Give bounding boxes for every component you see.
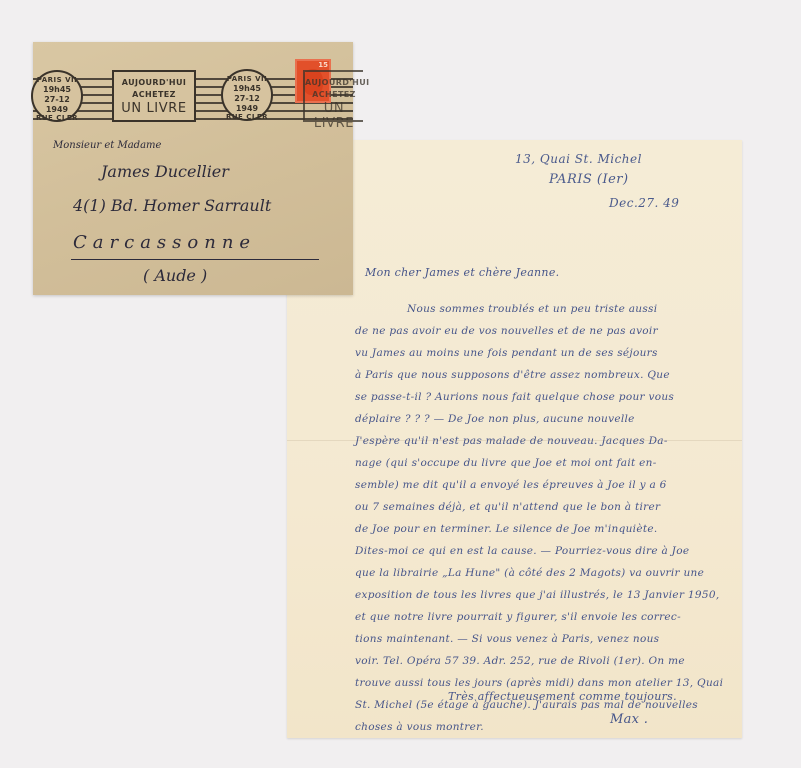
- letter-line: ou 7 semaines déjà, et qu'il n'attend qu…: [355, 501, 660, 513]
- letter-line: J'espère qu'il n'est pas malade de nouve…: [355, 435, 668, 447]
- postmark-time: 19h45: [223, 84, 271, 94]
- postmark-date: 27-12: [223, 94, 271, 104]
- letter-line: semble) me dit qu'il a envoyé les épreuv…: [355, 479, 667, 491]
- postmark-street: RUE CLER: [33, 113, 81, 123]
- letter-address-street: 13, Quai St. Michel: [515, 152, 642, 166]
- recipient-name: James Ducellier: [101, 162, 229, 181]
- letter-line: à Paris que nous supposons d'être assez …: [355, 369, 670, 381]
- slogan-line-3: UN LIVRE: [114, 101, 194, 116]
- letter-line: tions maintenant. — Si vous venez à Pari…: [355, 633, 659, 645]
- postmark-city: PARIS VII: [223, 74, 271, 84]
- postmark-city: PARIS VII: [33, 75, 81, 85]
- stamp-value: 15: [318, 61, 328, 69]
- postmark-date: 27-12: [33, 95, 81, 105]
- letter-line: Dites-moi ce qui en est la cause. — Pour…: [355, 545, 689, 557]
- city-underline: [71, 259, 319, 260]
- letter-line: voir. Tel. Opéra 57 39. Adr. 252, rue de…: [355, 655, 685, 667]
- recipient-city: Carcassonne: [73, 232, 256, 253]
- letter-line: et que notre livre pourrait y figurer, s…: [355, 611, 681, 623]
- slogan-line-1: AUJOURD'HUI: [305, 78, 363, 87]
- letter-line: déplaire ? ? ? — De Joe non plus, aucune…: [355, 413, 635, 425]
- letter-signature: Max .: [610, 712, 648, 727]
- letter-sheet: 13, Quai St. Michel PARIS (Ier) Dec.27. …: [287, 140, 742, 738]
- letter-line: que la librairie „La Hune" (à côté des 2…: [355, 567, 704, 579]
- letter-line: de ne pas avoir eu de vos nouvelles et d…: [355, 325, 658, 337]
- envelope: PARIS VII 19h45 27-12 1949 RUE CLER AUJO…: [33, 42, 353, 295]
- letter-line: se passe-t-il ? Aurions nous fait quelqu…: [355, 391, 674, 403]
- recipient-street: 4(1) Bd. Homer Sarrault: [73, 196, 271, 215]
- letter-date: Dec.27. 49: [609, 196, 679, 210]
- letter-line: trouve aussi tous les jours (après midi)…: [355, 677, 723, 689]
- letter-line: vu James au moins une fois pendant un de…: [355, 347, 658, 359]
- slogan-line-2: ACHETEZ: [305, 90, 363, 99]
- letter-closing: Très affectueusement comme toujours.: [448, 690, 677, 703]
- letter-address-city: PARIS (Ier): [549, 172, 629, 187]
- recipient-title: Monsieur et Madame: [53, 140, 161, 151]
- slogan-cancel-box: AUJOURD'HUI ACHETEZ UN LIVRE: [112, 70, 196, 122]
- letter-line: de Joe pour en terminer. Le silence de J…: [355, 523, 658, 535]
- slogan-line-1: AUJOURD'HUI: [114, 78, 194, 87]
- letter-salutation: Mon cher James et chère Jeanne.: [365, 266, 559, 279]
- letter-line: nage (qui s'occupe du livre que Joe et m…: [355, 457, 657, 469]
- letter-line: choses à vous montrer.: [355, 721, 484, 733]
- postmark-left: PARIS VII 19h45 27-12 1949 RUE CLER: [31, 70, 83, 122]
- slogan-line-3: UN LIVRE: [305, 101, 363, 131]
- slogan-cancel-box-overstamp: AUJOURD'HUI ACHETEZ UN LIVRE: [303, 70, 363, 122]
- recipient-department: ( Aude ): [143, 266, 207, 285]
- slogan-line-2: ACHETEZ: [114, 90, 194, 99]
- postmark-time: 19h45: [33, 85, 81, 95]
- postmark-street: RUE CLER: [223, 112, 271, 122]
- letter-line: exposition de tous les livres que j'ai i…: [355, 589, 719, 601]
- letter-line: Nous sommes troublés et un peu triste au…: [407, 303, 657, 315]
- postmark-right: PARIS VII 19h45 27-12 1949 RUE CLER: [221, 69, 273, 121]
